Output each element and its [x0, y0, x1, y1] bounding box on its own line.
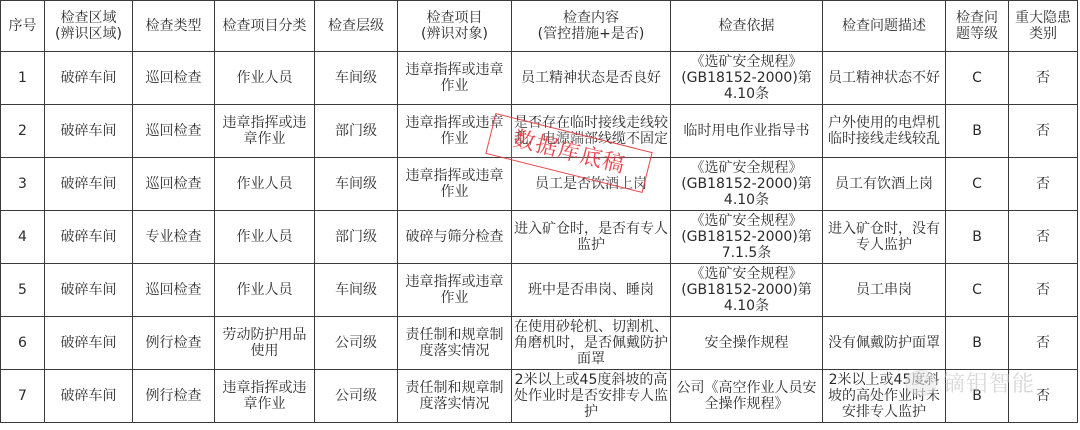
cell-index: 4 — [1, 211, 45, 264]
header-type: 检查类型 — [133, 1, 215, 52]
cell-item: 责任制和规章制度落实情况 — [398, 317, 512, 370]
cell-basis: 临时用电作业指导书 — [671, 105, 823, 158]
cell-area: 破碎车间 — [45, 370, 133, 423]
cell-major-hazard: 否 — [1009, 370, 1078, 423]
cell-type: 巡回检查 — [133, 264, 215, 317]
cell-area: 破碎车间 — [45, 211, 133, 264]
cell-grade: C — [946, 158, 1009, 211]
cell-area: 破碎车间 — [45, 105, 133, 158]
cell-description: 进入矿仓时，没有专人监护 — [823, 211, 946, 264]
header-index: 序号 — [1, 1, 45, 52]
cell-grade: C — [946, 52, 1009, 105]
table-row: 5破碎车间巡回检查作业人员车间级违章指挥或违章作业班中是否串岗、睡岗《选矿安全规… — [1, 264, 1078, 317]
cell-category: 作业人员 — [215, 264, 315, 317]
cell-index: 6 — [1, 317, 45, 370]
cell-major-hazard: 否 — [1009, 264, 1078, 317]
cell-grade: B — [946, 317, 1009, 370]
cell-content: 2米以上或45度斜坡的高处作业时是否安排专人监护 — [512, 370, 671, 423]
cell-grade: C — [946, 264, 1009, 317]
cell-area: 破碎车间 — [45, 158, 133, 211]
cell-basis: 《选矿安全规程》(GB18152-2000)第4.10条 — [671, 158, 823, 211]
cell-category: 违章指挥或违章作业 — [215, 105, 315, 158]
cell-index: 3 — [1, 158, 45, 211]
table-row: 3破碎车间巡回检查作业人员车间级违章指挥或违章作业员工是否饮酒上岗《选矿安全规程… — [1, 158, 1078, 211]
header-level: 检查层级 — [315, 1, 398, 52]
table-row: 4破碎车间专业检查作业人员部门级破碎与筛分检查进入矿仓时，是否有专人监护《选矿安… — [1, 211, 1078, 264]
cell-item: 违章指挥或违章作业 — [398, 158, 512, 211]
cell-basis: 公司《高空作业人员安全操作规程》 — [671, 370, 823, 423]
header-grade: 检查问题等级 — [946, 1, 1009, 52]
cell-type: 巡回检查 — [133, 52, 215, 105]
cell-content: 班中是否串岗、睡岗 — [512, 264, 671, 317]
header-category: 检查项目分类 — [215, 1, 315, 52]
cell-area: 破碎车间 — [45, 264, 133, 317]
header-content: 检查内容(管控措施+是否) — [512, 1, 671, 52]
cell-type: 例行检查 — [133, 317, 215, 370]
cell-grade: B — [946, 105, 1009, 158]
cell-item: 破碎与筛分检查 — [398, 211, 512, 264]
cell-description: 2米以上或45度斜坡的高处作业时未安排专人监护 — [823, 370, 946, 423]
header-major-hazard: 重大隐患类别 — [1009, 1, 1078, 52]
header-area: 检查区域(辨识区域) — [45, 1, 133, 52]
header-row: 序号 检查区域(辨识区域) 检查类型 检查项目分类 检查层级 检查项目(辨识对象… — [1, 1, 1078, 52]
cell-level: 部门级 — [315, 211, 398, 264]
cell-content: 在使用砂轮机、切割机、角磨机时，是否佩戴防护面罩 — [512, 317, 671, 370]
cell-area: 破碎车间 — [45, 317, 133, 370]
inspection-table: 序号 检查区域(辨识区域) 检查类型 检查项目分类 检查层级 检查项目(辨识对象… — [0, 0, 1078, 423]
cell-description: 员工精神状态不好 — [823, 52, 946, 105]
cell-category: 违章指挥或违章作业 — [215, 370, 315, 423]
cell-content: 进入矿仓时，是否有专人监护 — [512, 211, 671, 264]
cell-index: 2 — [1, 105, 45, 158]
cell-level: 车间级 — [315, 158, 398, 211]
cell-category: 作业人员 — [215, 211, 315, 264]
cell-index: 1 — [1, 52, 45, 105]
cell-level: 公司级 — [315, 370, 398, 423]
cell-basis: 《选矿安全规程》(GB18152-2000)第4.10条 — [671, 52, 823, 105]
cell-item: 违章指挥或违章作业 — [398, 105, 512, 158]
cell-item: 责任制和规章制度落实情况 — [398, 370, 512, 423]
cell-major-hazard: 否 — [1009, 158, 1078, 211]
cell-type: 巡回检查 — [133, 105, 215, 158]
cell-level: 车间级 — [315, 52, 398, 105]
cell-major-hazard: 否 — [1009, 105, 1078, 158]
cell-basis: 《选矿安全规程》(GB18152-2000)第7.1.5条 — [671, 211, 823, 264]
cell-level: 车间级 — [315, 264, 398, 317]
cell-content: 员工是否饮酒上岗 — [512, 158, 671, 211]
table-row: 2破碎车间巡回检查违章指挥或违章作业部门级违章指挥或违章作业是否存在临时接线走线… — [1, 105, 1078, 158]
cell-description: 户外使用的电焊机临时接线走线较乱 — [823, 105, 946, 158]
cell-grade: B — [946, 211, 1009, 264]
cell-content: 是否存在临时接线走线较乱，电源端部线缆不固定 — [512, 105, 671, 158]
cell-category: 作业人员 — [215, 52, 315, 105]
cell-type: 例行检查 — [133, 370, 215, 423]
cell-index: 7 — [1, 370, 45, 423]
cell-level: 公司级 — [315, 317, 398, 370]
cell-description: 员工有饮酒上岗 — [823, 158, 946, 211]
header-basis: 检查依据 — [671, 1, 823, 52]
header-item: 检查项目(辨识对象) — [398, 1, 512, 52]
cell-type: 专业检查 — [133, 211, 215, 264]
cell-level: 部门级 — [315, 105, 398, 158]
cell-grade: B — [946, 370, 1009, 423]
cell-category: 劳动防护用品使用 — [215, 317, 315, 370]
cell-content: 员工精神状态是否良好 — [512, 52, 671, 105]
cell-index: 5 — [1, 264, 45, 317]
cell-area: 破碎车间 — [45, 52, 133, 105]
cell-basis: 安全操作规程 — [671, 317, 823, 370]
table-row: 6破碎车间例行检查劳动防护用品使用公司级责任制和规章制度落实情况在使用砂轮机、切… — [1, 317, 1078, 370]
cell-item: 违章指挥或违章作业 — [398, 264, 512, 317]
cell-category: 作业人员 — [215, 158, 315, 211]
cell-type: 巡回检查 — [133, 158, 215, 211]
cell-description: 没有佩戴防护面罩 — [823, 317, 946, 370]
cell-basis: 《选矿安全规程》(GB18152-2000)第4.10条 — [671, 264, 823, 317]
table-row: 1破碎车间巡回检查作业人员车间级违章指挥或违章作业员工精神状态是否良好《选矿安全… — [1, 52, 1078, 105]
cell-description: 员工串岗 — [823, 264, 946, 317]
cell-major-hazard: 否 — [1009, 52, 1078, 105]
table-row: 7破碎车间例行检查违章指挥或违章作业公司级责任制和规章制度落实情况2米以上或45… — [1, 370, 1078, 423]
cell-item: 违章指挥或违章作业 — [398, 52, 512, 105]
header-description: 检查问题描述 — [823, 1, 946, 52]
cell-major-hazard: 否 — [1009, 317, 1078, 370]
cell-major-hazard: 否 — [1009, 211, 1078, 264]
